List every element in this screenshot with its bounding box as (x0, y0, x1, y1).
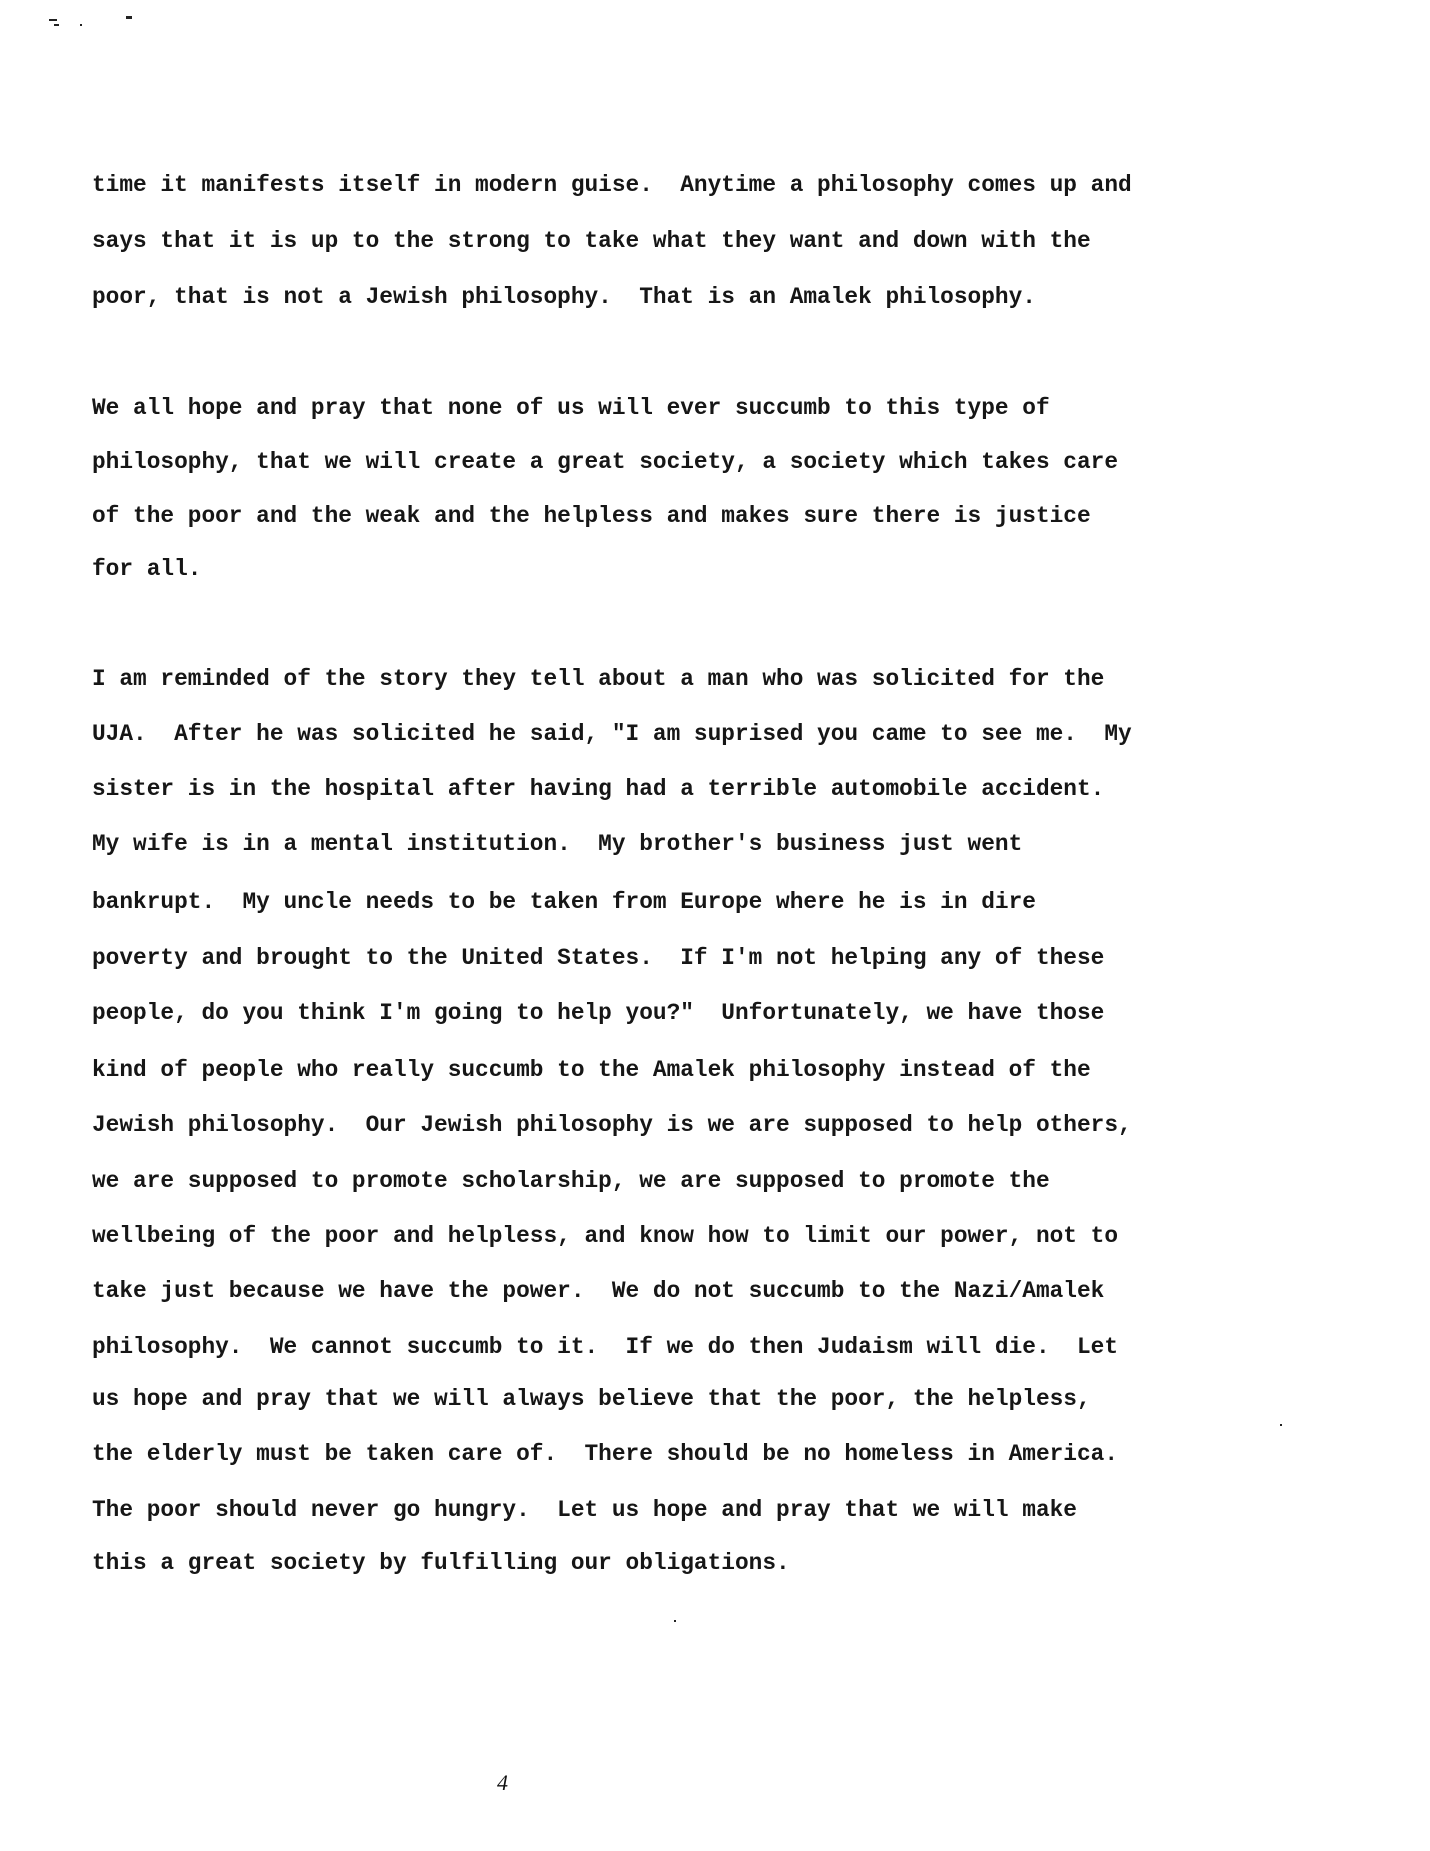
text-line: the elderly must be taken care of. There… (92, 1441, 1118, 1467)
text-line: kind of people who really succumb to the… (92, 1057, 1091, 1083)
text-line: Jewish philosophy. Our Jewish philosophy… (92, 1112, 1132, 1138)
text-line: take just because we have the power. We … (92, 1278, 1104, 1304)
text-line: us hope and pray that we will always bel… (92, 1386, 1091, 1412)
text-line: sister is in the hospital after having h… (92, 776, 1104, 802)
text-line: for all. (92, 556, 201, 582)
scan-artifact (49, 19, 57, 21)
page-number: 4 (497, 1770, 508, 1796)
text-line: We all hope and pray that none of us wil… (92, 395, 1050, 421)
text-line: of the poor and the weak and the helples… (92, 503, 1091, 529)
scan-artifact (1280, 1424, 1282, 1426)
text-line: UJA. After he was solicited he said, "I … (92, 721, 1132, 747)
text-line: I am reminded of the story they tell abo… (92, 666, 1104, 692)
text-line: philosophy. We cannot succumb to it. If … (92, 1334, 1118, 1360)
text-line: My wife is in a mental institution. My b… (92, 831, 1022, 857)
text-line: poverty and brought to the United States… (92, 945, 1104, 971)
document-page: time it manifests itself in modern guise… (0, 0, 1430, 1851)
scan-artifact (80, 24, 82, 26)
text-line: poor, that is not a Jewish philosophy. T… (92, 284, 1036, 310)
text-line: we are supposed to promote scholarship, … (92, 1168, 1050, 1194)
text-line: wellbeing of the poor and helpless, and … (92, 1223, 1118, 1249)
text-line: bankrupt. My uncle needs to be taken fro… (92, 889, 1036, 915)
text-line: this a great society by fulfilling our o… (92, 1550, 790, 1576)
text-line: says that it is up to the strong to take… (92, 228, 1091, 254)
scan-artifact (54, 24, 59, 26)
text-line: The poor should never go hungry. Let us … (92, 1497, 1077, 1523)
text-line: time it manifests itself in modern guise… (92, 172, 1132, 198)
text-line: philosophy, that we will create a great … (92, 449, 1118, 475)
scan-artifact (126, 16, 132, 19)
text-line: people, do you think I'm going to help y… (92, 1000, 1104, 1026)
scan-artifact (674, 1620, 676, 1622)
